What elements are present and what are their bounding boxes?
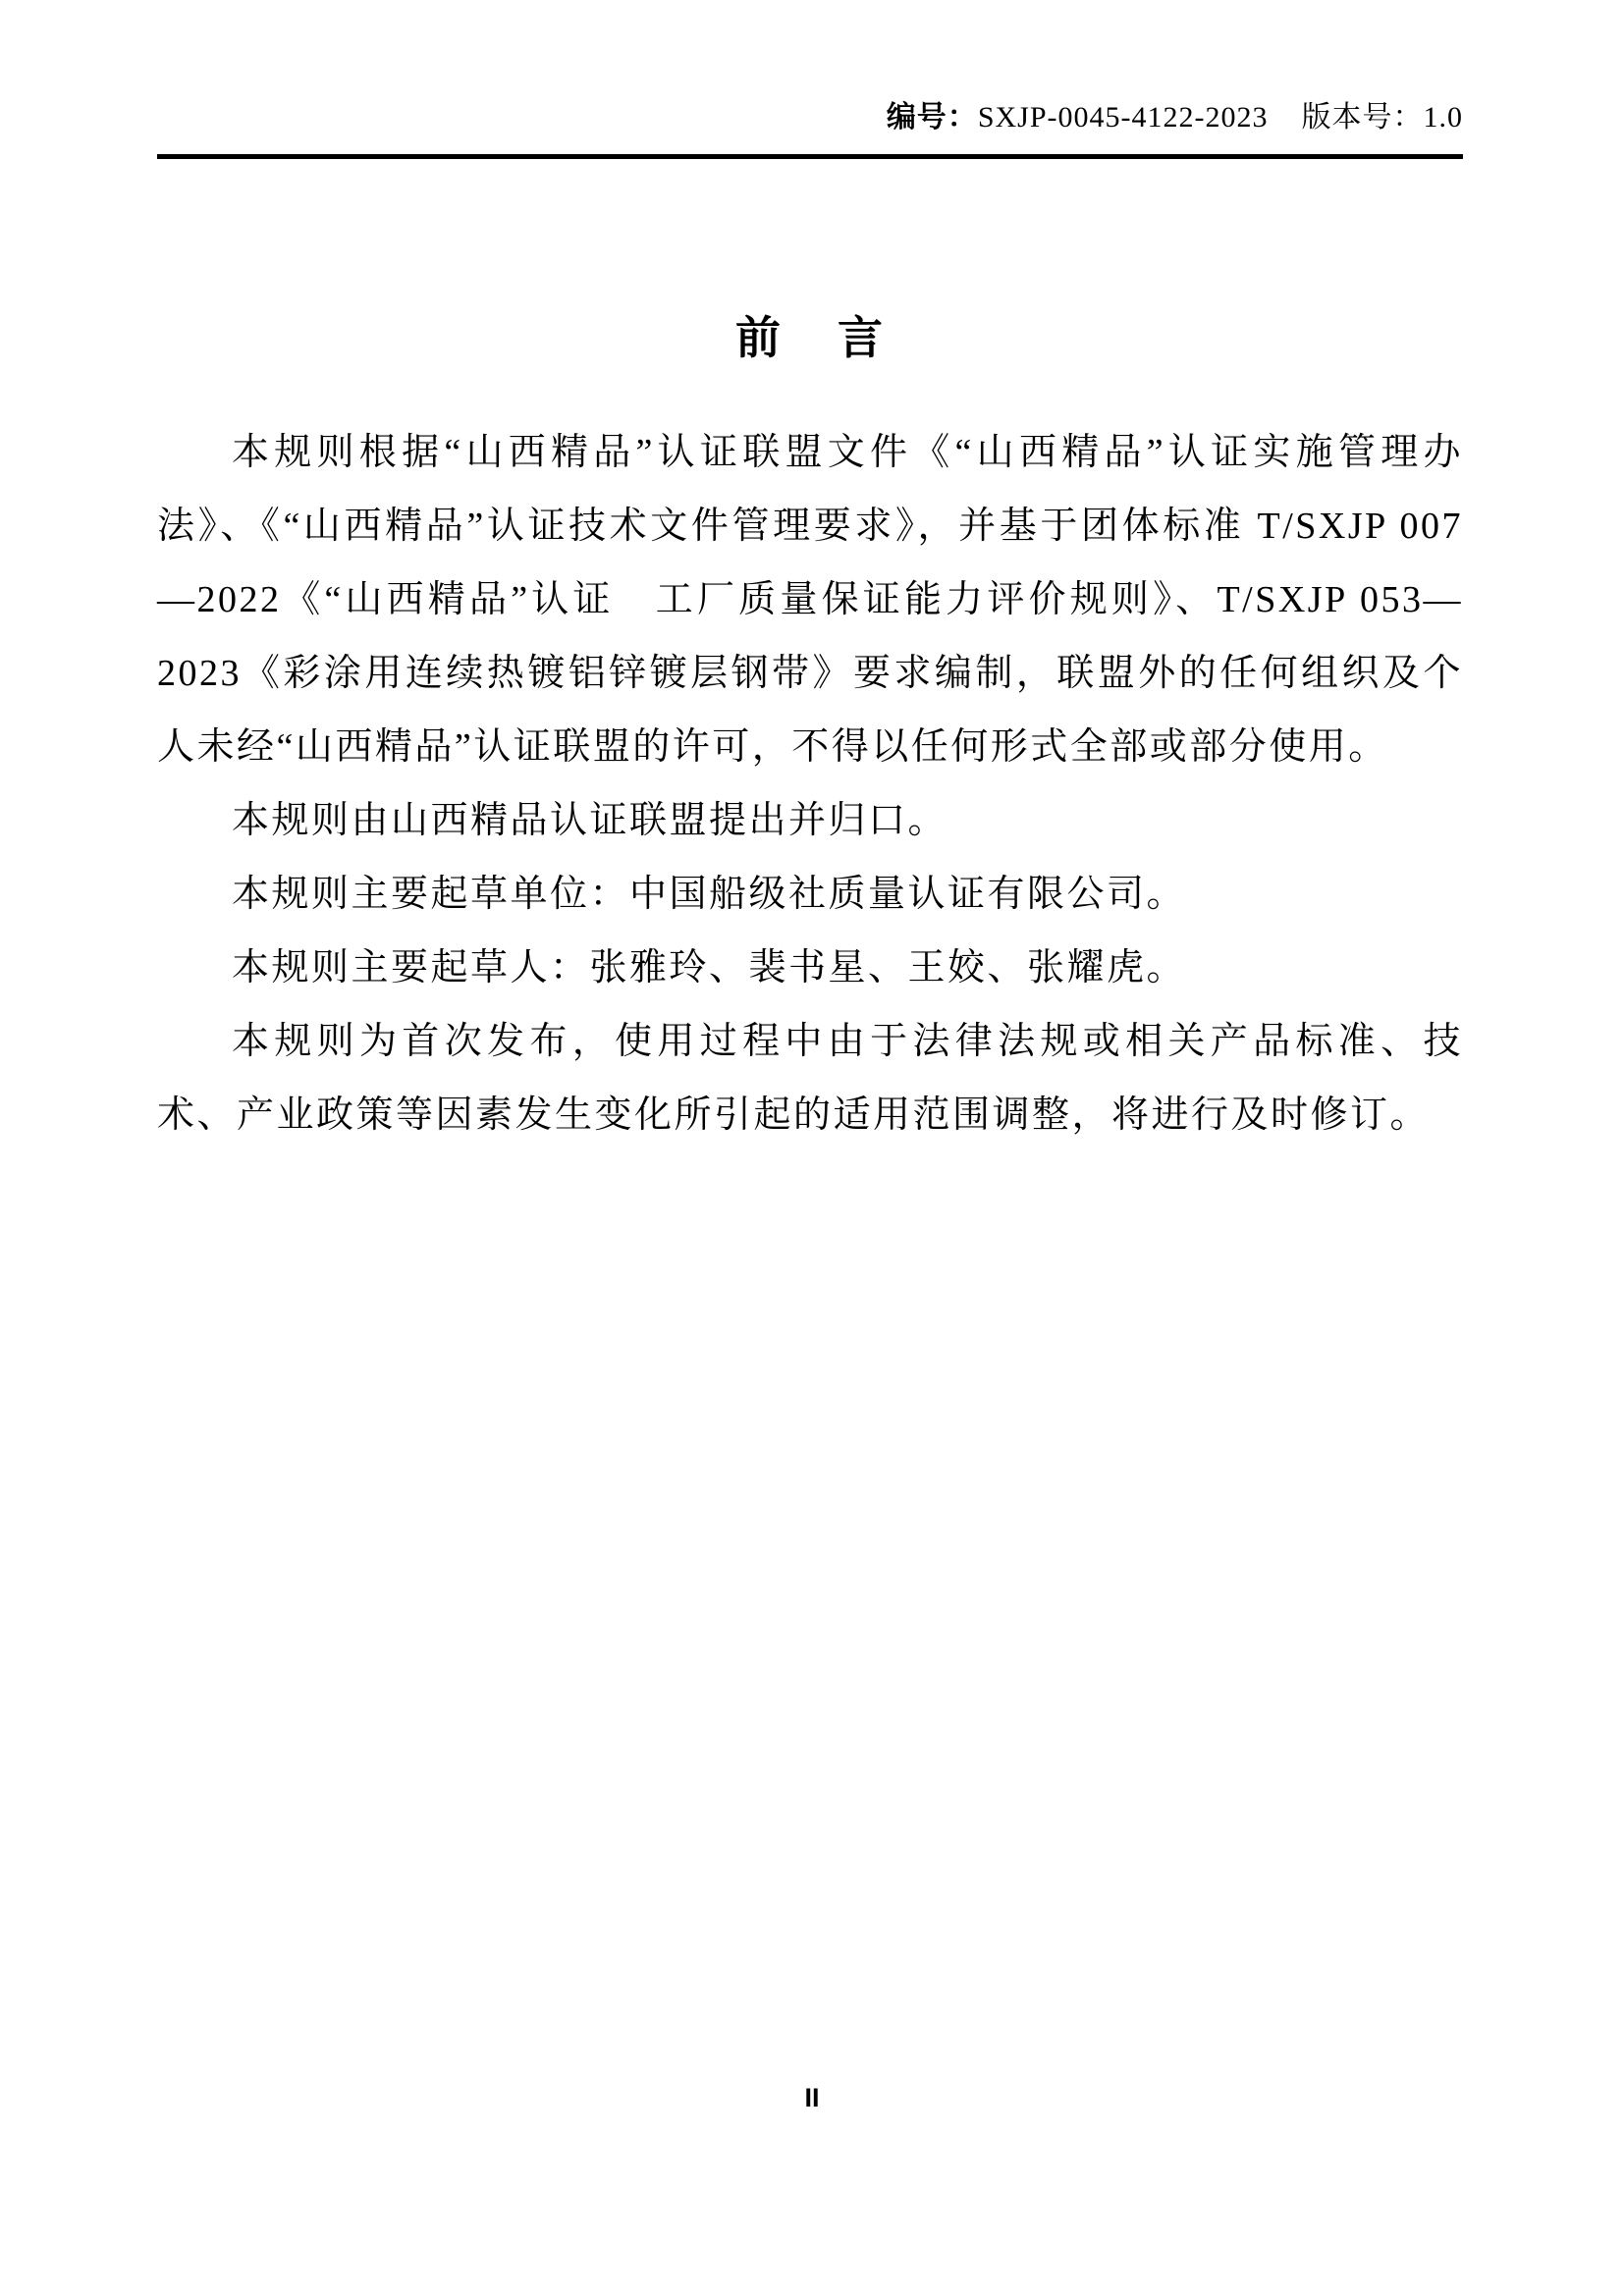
paragraph-drafting-unit: 本规则主要起草单位：中国船级社质量认证有限公司。	[157, 858, 1463, 932]
paragraph-intro: 本规则根据“山西精品”认证联盟文件《“山西精品”认证实施管理办法》、《“山西精品…	[157, 416, 1463, 784]
doc-number-value: SXJP-0045-4122-2023	[978, 101, 1269, 133]
page-footer: II	[0, 2083, 1624, 2113]
header-divider	[157, 154, 1463, 159]
version-label: 版本号：	[1302, 101, 1424, 133]
page-number: II	[804, 2083, 819, 2112]
page-title: 前 言	[0, 302, 1624, 367]
document-body: 本规则根据“山西精品”认证联盟文件《“山西精品”认证实施管理办法》、《“山西精品…	[157, 416, 1463, 1152]
version-value: 1.0	[1424, 101, 1464, 133]
paragraph-drafters: 本规则主要起草人：张雅玲、裴书星、王姣、张耀虎。	[157, 932, 1463, 1005]
doc-number-label: 编号：	[887, 101, 978, 133]
document-page: 编号：SXJP-0045-4122-2023版本号：1.0 前 言 本规则根据“…	[0, 0, 1624, 2296]
document-header: 编号：SXJP-0045-4122-2023版本号：1.0	[157, 96, 1463, 139]
paragraph-proposer: 本规则由山西精品认证联盟提出并归口。	[157, 784, 1463, 858]
paragraph-revision-note: 本规则为首次发布，使用过程中由于法律法规或相关产品标准、技术、产业政策等因素发生…	[157, 1005, 1463, 1152]
